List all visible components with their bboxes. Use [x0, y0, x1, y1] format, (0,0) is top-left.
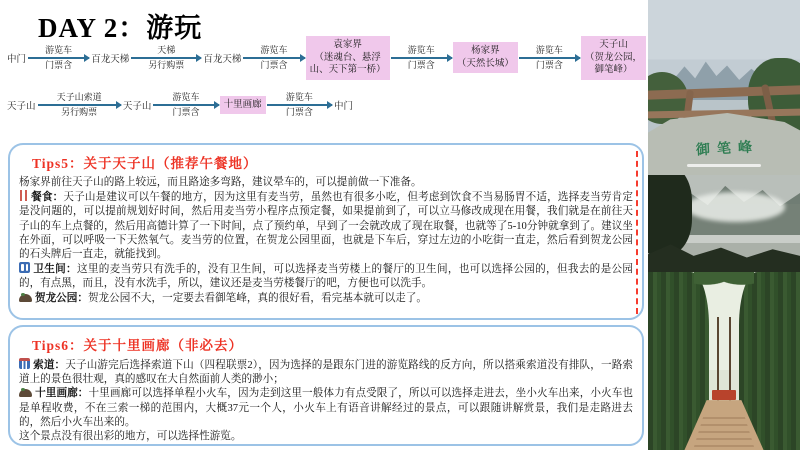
tips5-box: Tips5：关于天子山（推荐午餐地） 杨家界前往天子山的路上较远，而且路途多弯路… [8, 143, 644, 320]
arrow-line-icon [391, 57, 452, 59]
highlight-line: （天然长城） [457, 58, 514, 71]
gallery-text: 十里画廊可以选择单程小火车，因为走到这里一般体力有点受限了，所以可以选择走进去，… [19, 388, 633, 427]
arrow-label-bottom: 门票含 [408, 60, 435, 71]
tree-silhouette [648, 175, 692, 255]
mountain-icon [19, 389, 32, 397]
meal-text: 天子山是建议可以午餐的地方，因为这里有麦当劳，虽然也有很多小吃，但考虑到饮食不当… [19, 192, 633, 260]
tips6-note: 这个景点没有很出彩的地方，可以选择性游览。 [19, 430, 633, 444]
engraved-stone: 御笔峰 [648, 113, 800, 175]
arrow-label-top: 游览车 [408, 45, 435, 56]
arrow-line-icon [267, 104, 332, 106]
route-stop-tianzishan: 天子山 [6, 98, 37, 112]
arrow-line-icon [28, 57, 89, 59]
route-arrow: 游览车 门票含 [242, 45, 305, 71]
park-text: 贺龙公园不大，一定要去看御笔峰，真的很好看，看完基本就可以走了。 [88, 293, 427, 304]
route-arrow: 游览车 门票含 [518, 45, 581, 71]
toilet-text: 这里的麦当劳只有洗手的，没有卫生间，可以选择麦当劳楼上的餐厅的卫生间，也可以选择… [19, 264, 633, 289]
highlight-line: 山、天下第一桥） [310, 64, 386, 77]
cableway-label: 索道： [33, 360, 65, 371]
photo-forest-path [648, 272, 800, 450]
tips5-intro: 杨家界前往天子山的路上较远，而且路途多弯路，建议晕车的，可以提前做一下准备。 [19, 176, 633, 190]
highlight-line: 袁家界 [310, 39, 386, 52]
route-arrow: 天梯 另行购票 [130, 45, 202, 71]
arrow-line-icon [153, 104, 218, 106]
tips6-cableway-paragraph: 索道：天子山游完后选择索道下山（四程联票2），因为选择的是跟东门进的游览路线的反… [19, 358, 633, 387]
route-highlight-shilihualang: 十里画廊 [220, 96, 266, 115]
route-arrow: 游览车 门票含 [152, 92, 219, 118]
arrow-line-icon [38, 104, 121, 106]
route-stop-bailong-top: 百龙天梯 [202, 51, 242, 65]
cableway-text: 天子山游完后选择索道下山（四程联票2），因为选择的是跟东门进的游览路线的反方向，… [19, 360, 633, 385]
tips5-meal-paragraph: 餐食：天子山是建议可以午餐的地方，因为这里有麦当劳，虽然也有很多小吃，但考虑到饮… [19, 190, 633, 262]
toilet-label: 卫生间： [33, 264, 77, 275]
arrow-label-top: 游览车 [261, 45, 288, 56]
route-highlight-tianzishan: 天子山 （贺龙公园， 御笔峰） [581, 36, 646, 80]
arrow-line-icon [519, 57, 580, 59]
mountain-icon [19, 294, 32, 302]
red-structure [712, 390, 736, 400]
gallery-label: 十里画廊： [35, 388, 88, 399]
arrow-label-bottom: 门票含 [261, 60, 288, 71]
arrow-label-bottom: 门票含 [286, 107, 313, 118]
stone-inscription: 御笔峰 [689, 136, 760, 160]
highlight-line: （迷魂台、悬浮 [310, 52, 386, 65]
tips5-toilet-paragraph: 卫生间：这里的麦当劳只有洗手的，没有卫生间，可以选择麦当劳楼上的餐厅的卫生间，也… [19, 262, 633, 291]
arrow-label-top: 游览车 [286, 92, 313, 103]
highlight-line: （贺龙公园， [585, 52, 642, 65]
fork-knife-icon [19, 190, 28, 201]
treeline-bottom [648, 241, 800, 272]
tips5-heading: Tips5：关于天子山（推荐午餐地） [32, 152, 642, 172]
photo-yubifeng-viewpoint: 御笔峰 [648, 0, 800, 175]
route-arrow: 游览车 门票含 [266, 92, 333, 118]
route-row-1: 中门 游览车 门票含 百龙天梯 天梯 另行购票 百龙天梯 游览车 门票含 袁家界… [6, 36, 646, 80]
canopy [694, 272, 755, 294]
arrow-label-top: 游览车 [536, 45, 563, 56]
photo-strip: 御笔峰 [648, 0, 800, 450]
fog-patch [686, 192, 785, 221]
cable-car-icon [19, 358, 30, 369]
arrow-label-bottom: 另行购票 [148, 60, 184, 71]
route-stop-tianzishan-2: 天子山 [122, 98, 153, 112]
meal-label: 餐食： [31, 192, 63, 203]
route-arrow: 游览车 门票含 [390, 45, 453, 71]
route-row-2: 天子山 天子山索道 另行购票 天子山 游览车 门票含 十里画廊 游览车 门票含 … [6, 92, 354, 118]
arrow-label-top: 天梯 [157, 45, 175, 56]
arrow-label-top: 天子山索道 [57, 92, 102, 103]
restroom-icon [19, 262, 30, 273]
park-label: 贺龙公园： [35, 293, 88, 304]
tips5-park-paragraph: 贺龙公园：贺龙公园不大，一定要去看御笔峰，真的很好看，看完基本就可以走了。 [19, 292, 633, 306]
arrow-line-icon [243, 57, 304, 59]
route-highlight-yangjiajie: 杨家界 （天然长城） [453, 42, 518, 73]
photo-misty-cliffs [648, 175, 800, 272]
route-stop-bailong: 百龙天梯 [90, 51, 130, 65]
stone-small-caption [687, 164, 761, 167]
arrow-label-bottom: 门票含 [45, 60, 72, 71]
tips6-box: Tips6：关于十里画廊（非必去） 索道：天子山游完后选择索道下山（四程联票2）… [8, 325, 644, 446]
route-stop-zhongmen-2: 中门 [333, 98, 354, 112]
route-stop-zhongmen: 中门 [6, 51, 27, 65]
highlight-line: 十里画廊 [224, 99, 262, 112]
tips5-body: 杨家界前往天子山的路上较远，而且路途多弯路，建议晕车的，可以提前做一下准备。 餐… [10, 176, 642, 306]
route-arrow: 天子山索道 另行购票 [37, 92, 122, 118]
tips6-gallery-paragraph: 十里画廊：十里画廊可以选择单程小火车，因为走到这里一般体力有点受限了，所以可以选… [19, 387, 633, 430]
route-arrow: 游览车 门票含 [27, 45, 90, 71]
arrow-label-bottom: 另行购票 [61, 107, 97, 118]
arrow-label-top: 游览车 [172, 92, 199, 103]
arrow-label-bottom: 门票含 [172, 107, 199, 118]
arrow-label-top: 游览车 [45, 45, 72, 56]
arrow-label-bottom: 门票含 [536, 60, 563, 71]
highlight-line: 杨家界 [457, 45, 514, 58]
highlight-line: 天子山 [585, 39, 642, 52]
tips6-heading: Tips6：关于十里画廊（非必去） [32, 334, 642, 354]
highlight-line: 御笔峰） [585, 64, 642, 77]
arrow-line-icon [131, 57, 201, 59]
route-highlight-yuanjiajie: 袁家界 （迷魂台、悬浮 山、天下第一桥） [306, 36, 390, 80]
tips6-body: 索道：天子山游完后选择索道下山（四程联票2），因为选择的是跟东门进的游览路线的反… [10, 358, 642, 444]
